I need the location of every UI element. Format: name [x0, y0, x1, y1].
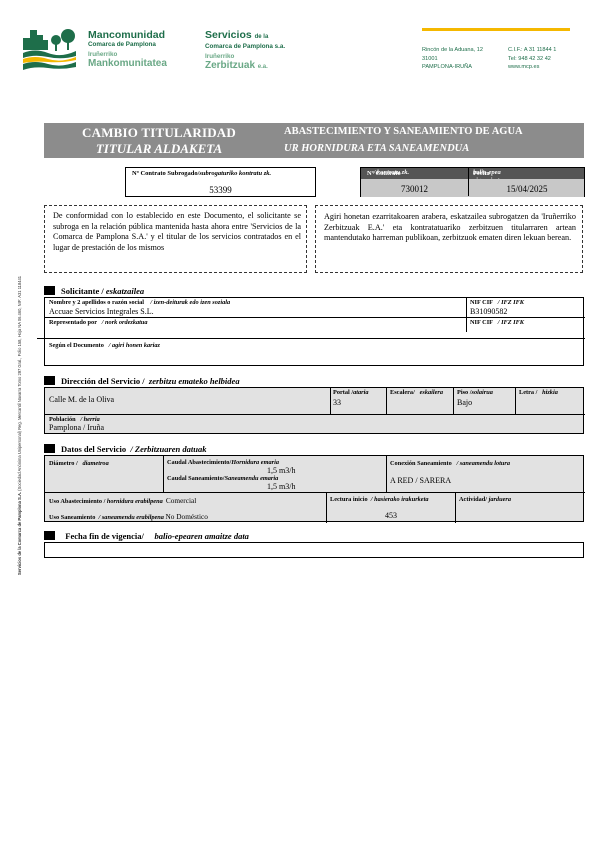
- divider: [468, 168, 469, 196]
- stair-label: Escalera/ eskailera: [390, 389, 443, 396]
- contact-info: C.I.F.: A 31 11844 1 Tel: 948 42 32 42 w…: [508, 46, 556, 72]
- initial-reading[interactable]: 453: [385, 511, 397, 520]
- section-marker-icon: [44, 286, 55, 295]
- nif-label: NIF CIF / IFZ IFK: [470, 299, 524, 306]
- brand-mancomunidad: Mancomunidad Comarca de Pamplona Iruñerr…: [88, 30, 167, 69]
- subtitle-eu: UR HORNIDURA ETA SANEAMENDUA: [284, 143, 469, 154]
- contract-number-label: Nº Contrato / kontratu zk.: [367, 169, 409, 176]
- portal-label: Portal /ataria: [333, 389, 369, 396]
- name-label: Nombre y 2 apellidos o razón social / iz…: [49, 299, 230, 306]
- brand-line-small: e.a.: [258, 64, 268, 70]
- subrogated-contract-number: 53399: [126, 185, 315, 195]
- notice-es: De conformidad con lo establecido en est…: [44, 205, 307, 273]
- title-es: CAMBIO TITULARIDAD: [44, 125, 274, 141]
- end-date-field[interactable]: [44, 542, 584, 558]
- legal-side-text: Servicios de la Comarca de Pamplona S.A.…: [17, 276, 22, 575]
- floor[interactable]: Bajo: [457, 398, 472, 407]
- legal-company: Servicios de la Comarca de Pamplona S.A.: [17, 492, 22, 575]
- section-marker-icon: [44, 531, 55, 540]
- divider: [37, 338, 585, 339]
- brand-line: Servicios: [205, 29, 252, 41]
- town-label: Población / herria: [49, 416, 100, 423]
- sewer-flow[interactable]: 1,5 m3/h: [267, 482, 295, 491]
- applicant-name[interactable]: Accuae Servicios Integrales S.L.: [49, 307, 154, 316]
- town[interactable]: Pamplona / Iruña: [49, 423, 104, 432]
- validity-date-label: Fecha vigencia / balio-epea: [473, 169, 501, 176]
- supply-use[interactable]: Comercial: [166, 496, 196, 505]
- brand-line: Mankomunitatea: [88, 59, 167, 69]
- divider: [453, 388, 454, 414]
- address-line: 31001: [422, 55, 483, 64]
- subrogated-contract-box: Nº Contrato Subrogado/subrogaturiko kont…: [125, 167, 316, 197]
- service-table: Diámetro / diametroa Caudal Abastecimien…: [44, 455, 584, 522]
- phone-line: Tel: 948 42 32 42: [508, 55, 556, 64]
- applicant-table: Nombre y 2 apellidos o razón social / iz…: [44, 297, 584, 366]
- portal[interactable]: 33: [333, 398, 341, 407]
- section-applicant-title: Solicitante / eskatzailea: [44, 286, 144, 296]
- brand-line: Zerbitzuak: [205, 60, 255, 71]
- section-marker-icon: [44, 444, 55, 453]
- divider: [45, 414, 585, 415]
- diameter-label: Diámetro / diametroa: [49, 460, 109, 467]
- divider: [466, 298, 467, 332]
- contract-number: 730012: [361, 184, 468, 194]
- contract-values: 730012 15/04/2025: [361, 179, 584, 197]
- sewer-connection[interactable]: A RED / SARERA: [390, 476, 451, 485]
- sewer-use-label: Uso Saneamiento / saneamendu erabilpena …: [49, 512, 208, 521]
- divider: [386, 456, 387, 492]
- section-service-title: Datos del Servicio / Zerbitzuaren datuak: [44, 444, 206, 454]
- sewer-use[interactable]: No Doméstico: [166, 512, 208, 521]
- supply-flow[interactable]: 1,5 m3/h: [267, 466, 295, 475]
- supply-flow-label: Caudal Abastecimiento/Hornidura emaria: [167, 459, 279, 466]
- sewer-flow-label: Caudal Saneamiento/Saneamendu emaria: [167, 475, 278, 482]
- cif-line: C.I.F.: A 31 11844 1: [508, 46, 556, 55]
- connection-label: Conexión Saneamiento / saneamendu lotura: [390, 460, 510, 467]
- activity-label: Actividad/ jarduera: [459, 496, 511, 503]
- brand-line: Comarca de Pamplona: [88, 41, 167, 49]
- brand-servicios: Servicios de la Comarca de Pamplona s.a.…: [205, 30, 285, 72]
- subtitle-es: ABASTECIMIENTO Y SANEAMIENTO DE AGUA: [284, 126, 523, 137]
- divider: [163, 456, 164, 492]
- divider: [330, 388, 331, 414]
- section-address-title: Dirección del Servicio / zerbitzu ematek…: [44, 376, 240, 386]
- applicant-nif[interactable]: B31090582: [470, 307, 507, 316]
- accent-bar: [422, 28, 570, 31]
- divider: [45, 317, 585, 318]
- brand-line: Mancomunidad: [88, 30, 167, 41]
- divider: [515, 388, 516, 414]
- document-label: Según el Documento / agiri honen kariaz: [49, 342, 160, 349]
- divider: [386, 388, 387, 414]
- title-eu: TITULAR ALDAKETA: [44, 141, 274, 157]
- section-end-date-title: Fecha fin de vigencia/ balio-epearen ama…: [44, 531, 249, 541]
- divider: [455, 492, 456, 523]
- brand-line: Comarca de Pamplona s.a.: [205, 43, 285, 51]
- brand-line-small: de la: [255, 34, 269, 40]
- street[interactable]: Calle M. de la Oliva: [49, 395, 114, 404]
- floor-label: Piso /solairua: [457, 389, 493, 396]
- subrogated-contract-label: Nº Contrato Subrogado/subrogaturiko kont…: [132, 170, 271, 177]
- divider: [45, 492, 585, 493]
- address-line: PAMPLONA-IRUÑA: [422, 63, 483, 72]
- mcp-logo-icon: [20, 26, 80, 76]
- contract-box: Nº Contrato / kontratu zk. Fecha vigenci…: [360, 167, 585, 197]
- website-link[interactable]: www.mcp.es: [508, 63, 556, 72]
- rep-nif-label: NIF CIF / IFZ IFK: [470, 319, 524, 326]
- reading-label: Lectura inicio / hasierako irakurketa: [330, 496, 429, 503]
- validity-date: 15/04/2025: [469, 184, 585, 194]
- supply-use-label: Uso Abastecimiento / hornidura erabilpen…: [49, 496, 196, 505]
- contract-header: Nº Contrato / kontratu zk. Fecha vigenci…: [361, 168, 584, 179]
- address-line: Rincón de la Aduana, 12: [422, 46, 483, 55]
- legal-registry: (Sociedad Anónima Unipersonal) Reg. Merc…: [17, 276, 22, 492]
- divider: [326, 492, 327, 523]
- representative-label: Representado por / nork ordezkatua: [49, 319, 148, 326]
- notice-eu: Agiri honetan ezarritakoaren arabera, es…: [315, 205, 583, 273]
- title-banner: CAMBIO TITULARIDAD TITULAR ALDAKETA ABAS…: [44, 123, 584, 158]
- postal-address: Rincón de la Aduana, 12 31001 PAMPLONA-I…: [422, 46, 483, 72]
- letter-label: Letra / hizkia: [519, 389, 558, 396]
- section-marker-icon: [44, 376, 55, 385]
- address-table: Calle M. de la Oliva Portal /ataria 33 E…: [44, 387, 584, 434]
